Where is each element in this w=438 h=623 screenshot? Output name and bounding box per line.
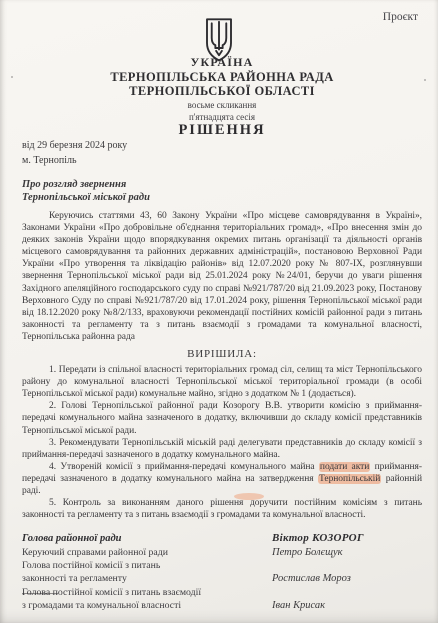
signature-row: Голова постійної комісії з питань взаємо… bbox=[22, 586, 422, 599]
preamble-paragraph: Керуючись статтями 43, 60 Закону України… bbox=[22, 210, 422, 343]
header-region: ТЕРНОПІЛЬСЬКОЇ ОБЛАСТІ bbox=[22, 85, 422, 98]
resolution-word: ВИРІШИЛА: bbox=[22, 348, 422, 360]
signature-position: з громадами та комунальної власності bbox=[22, 599, 272, 612]
date-line: від 29 березня 2024 року bbox=[22, 140, 422, 152]
item-4-text-a: 4. Утвореній комісії з приймання-передач… bbox=[49, 462, 319, 472]
highlighted-text-podaty-akty: подати акти bbox=[319, 462, 370, 472]
resolution-item-1: 1. Передати із спільної власності терито… bbox=[22, 364, 422, 400]
document-page: Проєкт УКРАЇНА ТЕРНОПІЛЬСЬКА РАЙОННА РАД… bbox=[0, 0, 438, 623]
signature-position: законності та регламенту bbox=[22, 572, 272, 585]
signature-row: Голова районної ради Віктор КОЗОРОГ bbox=[22, 532, 422, 545]
document-type-title: РІШЕННЯ bbox=[22, 123, 422, 138]
signature-position: Голова районної ради bbox=[22, 532, 272, 545]
signature-position: Керуючий справами районної ради bbox=[22, 546, 272, 559]
signature-name: Ростислав Мороз bbox=[272, 572, 422, 585]
signature-row: Голова постійної комісії з питань bbox=[22, 559, 422, 572]
subject-line-2: Тернопільської міської ради bbox=[22, 191, 422, 204]
resolution-item-4: 4. Утвореній комісії з приймання-передач… bbox=[22, 461, 422, 497]
header-convocation: восьме скликання bbox=[22, 100, 422, 110]
resolution-item-3: 3. Рекомендувати Тернопільській міській … bbox=[22, 437, 422, 461]
signature-name: Петро Болєщук bbox=[272, 546, 422, 559]
header-session: п'ятнадцята сесія bbox=[22, 112, 422, 122]
resolution-item-2: 2. Голові Тернопільської районної ради К… bbox=[22, 400, 422, 436]
resolution-item-5: 5. Контроль за виконанням даного рішення… bbox=[22, 497, 422, 521]
ukraine-trident-emblem bbox=[203, 17, 235, 68]
scan-speck bbox=[11, 76, 13, 78]
subject-line-1: Про розгляд звернення bbox=[22, 178, 422, 191]
scan-speck bbox=[424, 79, 426, 81]
signature-name: Іван Крисак bbox=[272, 599, 422, 612]
signature-block: Голова районної ради Віктор КОЗОРОГ Керу… bbox=[22, 532, 422, 612]
signature-row: Керуючий справами районної ради Петро Бо… bbox=[22, 546, 422, 559]
signature-position: Голова постійної комісії з питань взаємо… bbox=[22, 586, 272, 599]
signature-row: з громадами та комунальної власності Іва… bbox=[22, 599, 422, 612]
signature-name: Віктор КОЗОРОГ bbox=[272, 532, 422, 545]
draft-marking: Проєкт bbox=[383, 11, 418, 23]
place-line: м. Тернопіль bbox=[22, 155, 422, 167]
signature-row: законності та регламенту Ростислав Мороз bbox=[22, 572, 422, 585]
highlighted-text-ternopilskiy: Тернопільській bbox=[318, 474, 381, 484]
header-council: ТЕРНОПІЛЬСЬКА РАЙОННА РАДА bbox=[22, 71, 422, 84]
signature-position: Голова постійної комісії з питань bbox=[22, 559, 272, 572]
